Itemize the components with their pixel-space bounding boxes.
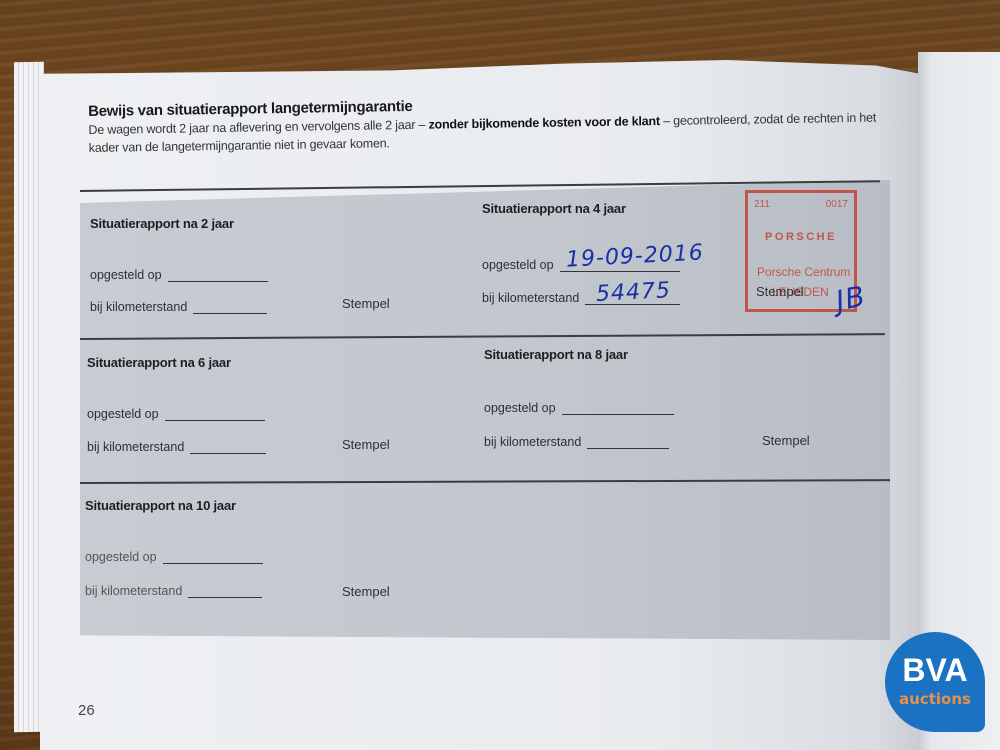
- km-label: bij kilometerstand: [90, 300, 187, 314]
- stamp-label-6: Stempel: [342, 437, 390, 452]
- date-field-2[interactable]: opgesteld op: [90, 268, 268, 282]
- report-title: Situatierapport na 8 jaar: [484, 347, 628, 362]
- km-field-2[interactable]: bij kilometerstand: [90, 300, 267, 314]
- date-blank[interactable]: [168, 280, 268, 282]
- stamp-brand: PORSCHE: [748, 231, 854, 243]
- date-label: opgesteld op: [87, 407, 159, 421]
- date-label: opgesteld op: [85, 550, 157, 564]
- km-field-8[interactable]: bij kilometerstand: [484, 435, 669, 449]
- logo-brand: BVA: [885, 652, 985, 689]
- report-title: Situatierapport na 10 jaar: [85, 498, 236, 513]
- km-label: bij kilometerstand: [482, 291, 579, 305]
- date-label: opgesteld op: [482, 258, 554, 272]
- km-blank[interactable]: [193, 312, 267, 314]
- stamp-dealer: Porsche Centrum: [757, 265, 850, 279]
- report-title: Situatierapport na 4 jaar: [482, 201, 626, 216]
- stamp-label-4: Stempel: [756, 284, 804, 299]
- report-10-years: Situatierapport na 10 jaar: [85, 498, 236, 513]
- km-blank[interactable]: [190, 452, 266, 454]
- stamp-code-left: 211: [754, 199, 770, 210]
- km-label: bij kilometerstand: [87, 440, 184, 454]
- stamp-code-right: 0017: [826, 199, 848, 210]
- report-title: Situatierapport na 2 jaar: [90, 216, 234, 231]
- stamp-label-8: Stempel: [762, 433, 810, 448]
- stamp-label-2: Stempel: [342, 296, 390, 311]
- date-field-8[interactable]: opgesteld op: [484, 401, 674, 415]
- date-blank[interactable]: [165, 419, 265, 421]
- page-stack-edge: [14, 62, 44, 733]
- date-label: opgesteld op: [90, 268, 162, 282]
- intro-part-1: De wagen wordt 2 jaar na aflevering en v…: [88, 118, 428, 137]
- page-number: 26: [78, 702, 95, 719]
- date-blank[interactable]: [163, 562, 263, 564]
- km-field-10[interactable]: bij kilometerstand: [85, 584, 262, 598]
- bva-auctions-logo: BVA auctions: [885, 632, 985, 732]
- report-6-years: Situatierapport na 6 jaar: [87, 355, 231, 370]
- date-blank[interactable]: [562, 413, 674, 415]
- km-label: bij kilometerstand: [484, 435, 581, 449]
- report-4-years: Situatierapport na 4 jaar: [482, 201, 626, 216]
- date-field-6[interactable]: opgesteld op: [87, 407, 265, 421]
- report-title: Situatierapport na 6 jaar: [87, 355, 231, 370]
- intro-bold: zonder bijkomende kosten voor de klant: [428, 114, 660, 132]
- date-label: opgesteld op: [484, 401, 556, 415]
- km-label: bij kilometerstand: [85, 584, 182, 598]
- km-blank[interactable]: [587, 447, 669, 449]
- handwritten-km: 54475: [595, 278, 671, 307]
- report-8-years: Situatierapport na 8 jaar: [484, 347, 628, 362]
- report-2-years: Situatierapport na 2 jaar: [90, 216, 234, 231]
- km-blank[interactable]: [188, 596, 262, 598]
- stamp-label-10: Stempel: [342, 584, 390, 599]
- logo-sub: auctions: [885, 690, 985, 708]
- km-field-6[interactable]: bij kilometerstand: [87, 440, 266, 454]
- date-field-10[interactable]: opgesteld op: [85, 550, 263, 564]
